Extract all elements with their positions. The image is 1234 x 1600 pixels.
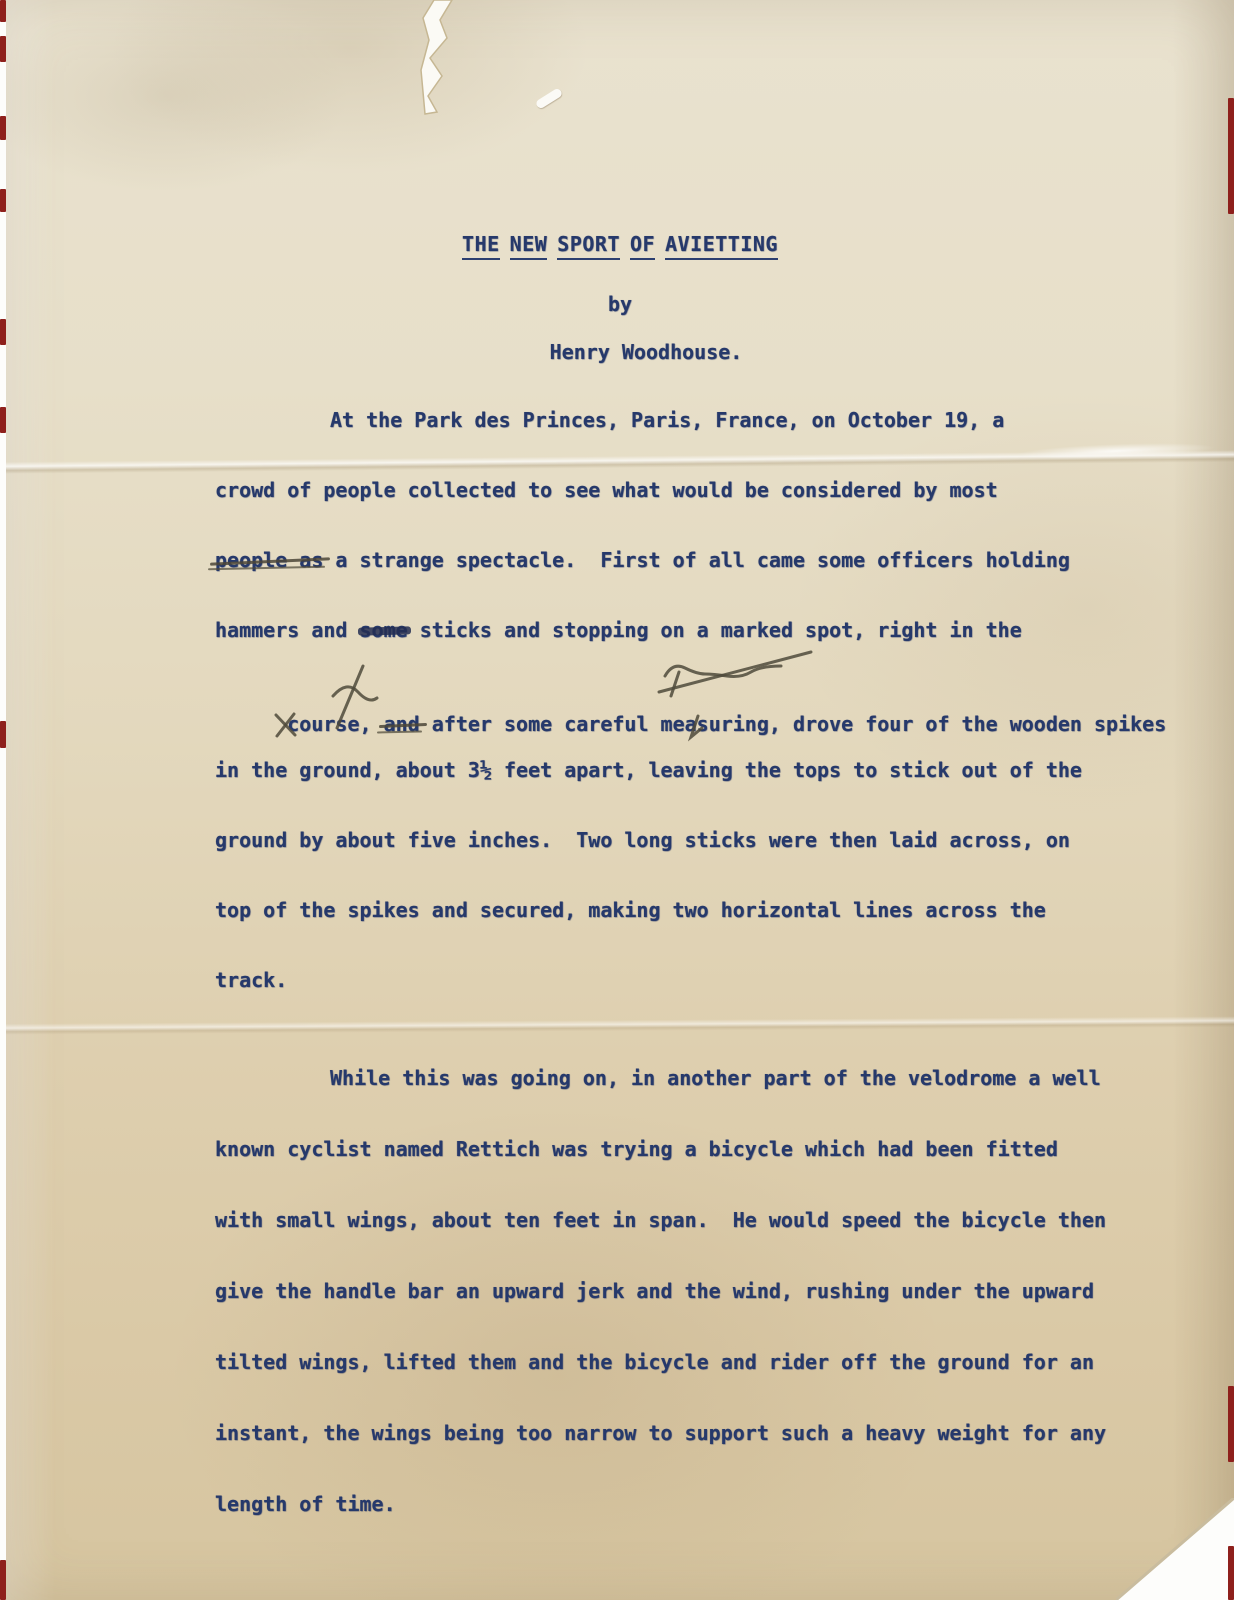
red-backing-mark bbox=[0, 0, 6, 22]
text-line: top of the spikes and secured, making tw… bbox=[215, 898, 1175, 968]
text-line: crowd of people collected to see what wo… bbox=[215, 478, 1175, 548]
struck-word: some bbox=[360, 618, 408, 642]
line-text: some bbox=[360, 618, 408, 642]
author-name: Henry Woodhouse. bbox=[32, 340, 1234, 364]
line-text: sticks and stopping on a marked spot, ri… bbox=[408, 618, 1022, 642]
red-backing-mark bbox=[1228, 1386, 1234, 1462]
red-backing-mark bbox=[0, 407, 6, 433]
text-line: ground by about five inches. Two long st… bbox=[215, 828, 1175, 898]
line-text: crowd of people collected to see what wo… bbox=[215, 478, 998, 502]
line-text: ground by about five inches. Two long st… bbox=[215, 828, 1070, 852]
title-word: THE bbox=[462, 232, 500, 260]
text-line: in the ground, about 3½ feet apart, leav… bbox=[215, 758, 1175, 828]
text-line: track. bbox=[215, 968, 1175, 1038]
page-title: THENEWSPORTOFAVIETTING bbox=[6, 232, 1234, 260]
line-text: with small wings, about ten feet in span… bbox=[215, 1208, 1106, 1232]
red-backing-mark bbox=[0, 189, 6, 212]
text-line: tilted wings, lifted them and the bicycl… bbox=[215, 1350, 1175, 1421]
line-text: known cyclist named Rettich was trying a… bbox=[215, 1137, 1058, 1161]
title-word: OF bbox=[630, 232, 655, 260]
line-text: and bbox=[384, 712, 420, 736]
text-line: course, and after some careful measuring… bbox=[215, 688, 1175, 758]
red-backing-mark bbox=[1228, 98, 1234, 214]
paper-scratch bbox=[535, 87, 564, 109]
red-backing-mark bbox=[0, 721, 6, 748]
line-text: people as bbox=[215, 548, 323, 572]
line-text: give the handle bar an upward jerk and t… bbox=[215, 1279, 1094, 1303]
line-text: a strange spectacle. First of all came s… bbox=[323, 548, 1070, 572]
red-backing-mark bbox=[0, 1560, 6, 1600]
line-text: in the ground, about 3½ feet apart, leav… bbox=[215, 758, 1082, 782]
line-text: At the Park des Princes, Paris, France, … bbox=[330, 408, 1004, 432]
title-word: AVIETTING bbox=[665, 232, 778, 260]
line-text: top of the spikes and secured, making tw… bbox=[215, 898, 1046, 922]
line-text: course, bbox=[287, 712, 383, 736]
red-backing-mark bbox=[0, 319, 6, 345]
title-word: NEW bbox=[510, 232, 548, 260]
red-backing-mark bbox=[0, 36, 6, 62]
byline: by bbox=[6, 292, 1234, 316]
text-line: While this was going on, in another part… bbox=[215, 1066, 1175, 1137]
struck-word: and bbox=[384, 712, 420, 736]
paper-sheet: THENEWSPORTOFAVIETTING by Henry Woodhous… bbox=[6, 0, 1234, 1600]
title-word: SPORT bbox=[557, 232, 620, 260]
torn-corner bbox=[1116, 1498, 1234, 1600]
text-line: known cyclist named Rettich was trying a… bbox=[215, 1137, 1175, 1208]
line-text: instant, the wings being too narrow to s… bbox=[215, 1421, 1106, 1445]
line-text: hammers and bbox=[215, 618, 360, 642]
text-line: At the Park des Princes, Paris, France, … bbox=[215, 408, 1175, 478]
scanned-document-page: { "colors": { "ink": "#26396b", "pencil"… bbox=[0, 0, 1234, 1600]
struck-word: people as bbox=[215, 548, 323, 572]
text-line: people as a strange spectacle. First of … bbox=[215, 548, 1175, 618]
red-backing-mark bbox=[1228, 1546, 1234, 1600]
line-text: tilted wings, lifted them and the bicycl… bbox=[215, 1350, 1094, 1374]
line-text: length of time. bbox=[215, 1492, 396, 1516]
text-line: give the handle bar an upward jerk and t… bbox=[215, 1279, 1175, 1350]
line-text: While this was going on, in another part… bbox=[330, 1066, 1101, 1090]
line-text: after some careful measuring, drove four… bbox=[420, 712, 1167, 736]
paragraph-2: While this was going on, in another part… bbox=[215, 1066, 1175, 1563]
paragraph-1: At the Park des Princes, Paris, France, … bbox=[215, 408, 1175, 1038]
text-line: length of time. bbox=[215, 1492, 1175, 1563]
line-text: track. bbox=[215, 968, 287, 992]
text-line: with small wings, about ten feet in span… bbox=[215, 1208, 1175, 1279]
text-line: hammers and some sticks and stopping on … bbox=[215, 618, 1175, 688]
red-backing-mark bbox=[0, 116, 6, 140]
paper-tear bbox=[406, 0, 486, 120]
text-line: instant, the wings being too narrow to s… bbox=[215, 1421, 1175, 1492]
